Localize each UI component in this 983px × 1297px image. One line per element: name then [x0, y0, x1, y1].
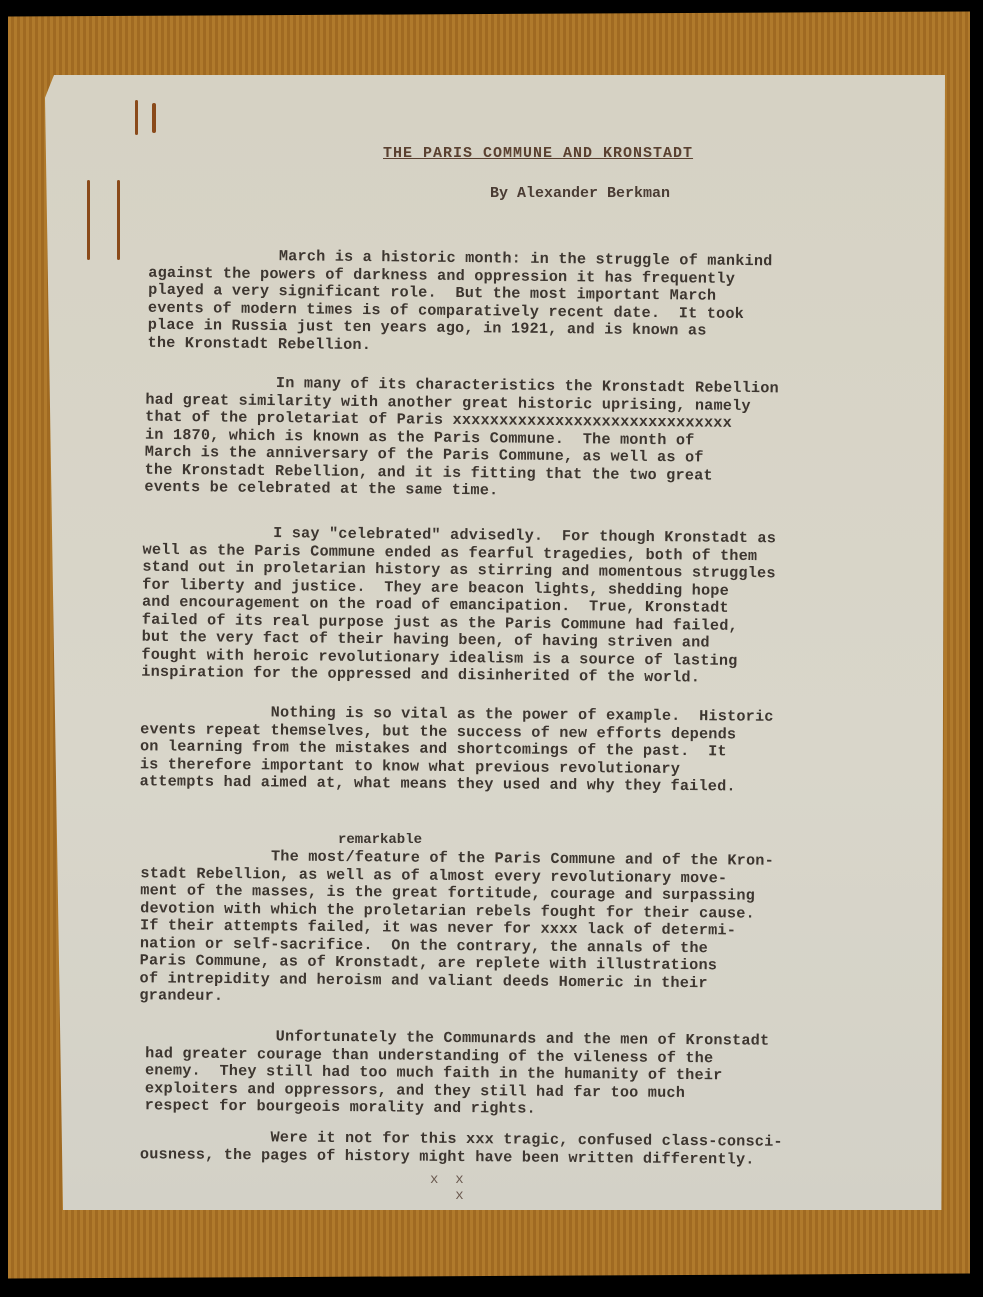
staple-mark-4 — [87, 180, 90, 260]
handwritten-insertion: remarkable — [338, 832, 422, 848]
paragraph-6: Unfortunately the Communards and the men… — [145, 1027, 770, 1120]
paragraph-4: Nothing is so vital as the power of exam… — [140, 703, 774, 796]
paragraph-7: Were it not for this xxx tragic, confuse… — [140, 1128, 783, 1169]
staple-mark-3 — [117, 180, 120, 260]
paragraph-1: March is a historic month: in the strugg… — [147, 247, 772, 359]
document-title: THE PARIS COMMUNE AND KRONSTADT — [383, 145, 693, 162]
paragraph-3: I say "celebrated" advisedly. For though… — [141, 524, 776, 688]
paragraph-2: In many of its characteristics the Krons… — [144, 374, 779, 503]
staple-mark-1 — [135, 100, 138, 135]
staple-mark-2 — [152, 103, 156, 133]
paragraph-5: The most/feature of the Paris Commune an… — [139, 847, 774, 1010]
document-byline: By Alexander Berkman — [490, 185, 670, 202]
pencil-marks: x x x — [430, 1172, 464, 1204]
